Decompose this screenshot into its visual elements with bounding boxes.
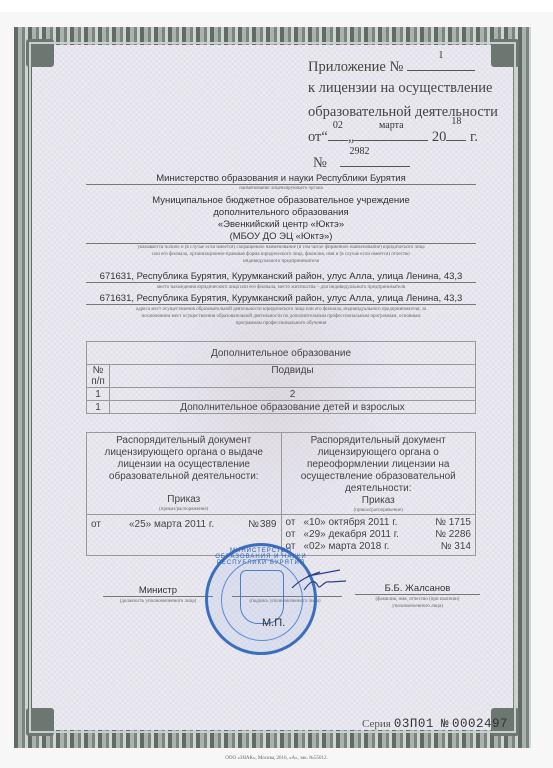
form-number: 0002497 — [452, 717, 508, 731]
year-prefix: 20 — [432, 129, 447, 145]
position-caption: (должность уполномоченного лица) — [103, 598, 213, 605]
appendix-label: Приложение № — [308, 59, 403, 75]
col-subtype-header: Подвиды — [110, 365, 476, 388]
reissue-type-caption: (приказ/распоряжение) — [286, 507, 472, 514]
order-no: № 314 — [441, 541, 471, 553]
caption-line: или его филиала, организационно-правовая… — [86, 251, 476, 258]
official-seal: МИНИСТЕРСТВО ОБРАЗОВАНИЯ И НАУКИ РЕСПУБЛ… — [205, 543, 317, 655]
form-series-line: Серия 03П01 № 0002497 — [362, 717, 508, 731]
education-kinds-table: Дополнительное образование № п/п Подвиды… — [86, 341, 476, 414]
license-number: 2982 — [324, 146, 394, 157]
issue-order-header: Распорядительный документ лицензирующего… — [87, 433, 282, 515]
order-date: «10» октября 2011 г. — [304, 517, 436, 529]
appendix-license-no-line: № 2982 — [313, 154, 410, 172]
appendix-label-line: Приложение № 1 — [308, 56, 475, 76]
license-no-label: № — [313, 155, 327, 171]
organization-caption: указывается полное и (в случае если имее… — [86, 244, 476, 265]
orders-table: Распорядительный документ лицензирующего… — [86, 432, 476, 556]
issue-order-type: Приказ — [91, 494, 277, 506]
caption-line: (фамилия, имя, отчество (при наличии) — [355, 596, 480, 603]
table-header-row: № п/п Подвиды — [87, 365, 476, 388]
signatory-position: Министр — [103, 585, 213, 597]
header-pp: п/п — [89, 376, 107, 387]
order-entry: от «25» марта 2011 г. № 389 — [91, 519, 277, 530]
signatory-name: Б.Б. Жалсанов — [355, 583, 480, 595]
issue-type-caption: (приказ/распоряжение) — [91, 506, 277, 513]
table-title-row: Дополнительное образование — [87, 342, 476, 365]
index-cell: 2 — [110, 388, 476, 401]
col-num-header: № п/п — [87, 365, 110, 388]
row-subtype: Дополнительное образование детей и взрос… — [110, 401, 476, 414]
reissue-order-type: Приказ — [286, 495, 472, 507]
issue-header-text: Распорядительный документ лицензирующего… — [91, 435, 277, 483]
activity-address-caption: адреса мест осуществления образовательно… — [86, 306, 476, 327]
series-label: Серия — [362, 718, 391, 730]
legal-address: 671631, Республика Бурятия, Курумканский… — [86, 271, 476, 283]
caption-line: исключением мест осуществления образоват… — [86, 313, 476, 320]
order-date: «29» декабря 2011 г. — [304, 529, 436, 541]
org-line: (МБОУ ДО ЭЦ «Юктэ») — [86, 231, 476, 244]
order-no-label: № — [229, 519, 259, 530]
activity-address: 671631, Республика Бурятия, Курумканский… — [86, 293, 476, 305]
caption-line: адреса мест осуществления образовательно… — [86, 306, 476, 313]
appendix-line3: образовательной деятельности — [308, 104, 498, 121]
table-index-row: 1 2 — [87, 388, 476, 401]
appendix-date-line: от“02„марта 2018 г. — [308, 128, 478, 146]
frame-corner-ornament — [491, 39, 519, 67]
number-label: № — [441, 717, 449, 731]
licensing-authority: Министерство образования и науки Республ… — [86, 173, 476, 185]
seal-label: М.П. — [262, 617, 285, 629]
caption-line: указывается полное и (в случае если имее… — [86, 244, 476, 251]
appendix-year: 18 — [446, 116, 466, 127]
date-prefix: от — [308, 129, 321, 145]
frame-corner-ornament — [26, 708, 54, 736]
organization-name: Муниципальное бюджетное образовательное … — [86, 195, 476, 244]
org-line: Муниципальное бюджетное образовательное … — [86, 195, 476, 207]
table-row: 1 Дополнительное образование детей и взр… — [87, 401, 476, 414]
order-date: «02» марта 2018 г. — [304, 541, 441, 553]
org-line: «Эвенкийский центр «Юктэ» — [86, 219, 476, 231]
order-no: 389 — [259, 519, 277, 530]
org-line: дополнительного образования — [86, 207, 476, 219]
appendix-day: 02 — [328, 120, 348, 131]
index-cell: 1 — [87, 388, 110, 401]
order-entry: от «29» декабря 2011 г. № 2286 — [286, 529, 472, 541]
header-num: № — [89, 365, 107, 376]
series-value: 03П01 — [394, 717, 434, 731]
legal-address-caption: место нахождения юридического лица или е… — [86, 284, 476, 291]
frame-corner-ornament — [26, 39, 54, 67]
reissue-order-header: Распорядительный документ лицензирующего… — [281, 433, 476, 515]
order-date: «25» марта 2011 г. — [129, 519, 229, 530]
order-prefix: от — [91, 519, 129, 530]
order-entry: от «10» октября 2011 г. № 1715 — [286, 517, 472, 529]
authority-caption: наименование лицензирующего органа — [86, 185, 476, 192]
table-title: Дополнительное образование — [87, 342, 476, 365]
name-caption: (фамилия, имя, отчество (при наличии) уп… — [355, 596, 480, 610]
appendix-month: марта — [354, 120, 428, 131]
year-unit: г. — [470, 129, 478, 145]
caption-line: уполномоченного лица) — [355, 603, 480, 610]
printer-imprint: ООО «ЗНАК», Москва, 2016, «А», зак. №550… — [0, 756, 553, 761]
handwritten-signature-icon — [290, 566, 350, 596]
order-prefix: от — [286, 517, 304, 529]
appendix-number-line: 1 — [407, 56, 475, 71]
reissue-header-text: Распорядительный документ лицензирующего… — [286, 435, 472, 495]
order-prefix: от — [286, 529, 304, 541]
order-no: № 2286 — [435, 529, 471, 541]
coat-of-arms-icon — [240, 570, 284, 624]
orders-header-row: Распорядительный документ лицензирующего… — [87, 433, 476, 515]
order-no: № 1715 — [435, 517, 471, 529]
caption-line: индивидуального предпринимателя — [86, 258, 476, 265]
row-num: 1 — [87, 401, 110, 414]
appendix-number: 1 — [407, 50, 475, 61]
appendix-line2: к лицензии на осуществление — [308, 80, 492, 97]
caption-line: программам профессионального обучения — [86, 320, 476, 327]
